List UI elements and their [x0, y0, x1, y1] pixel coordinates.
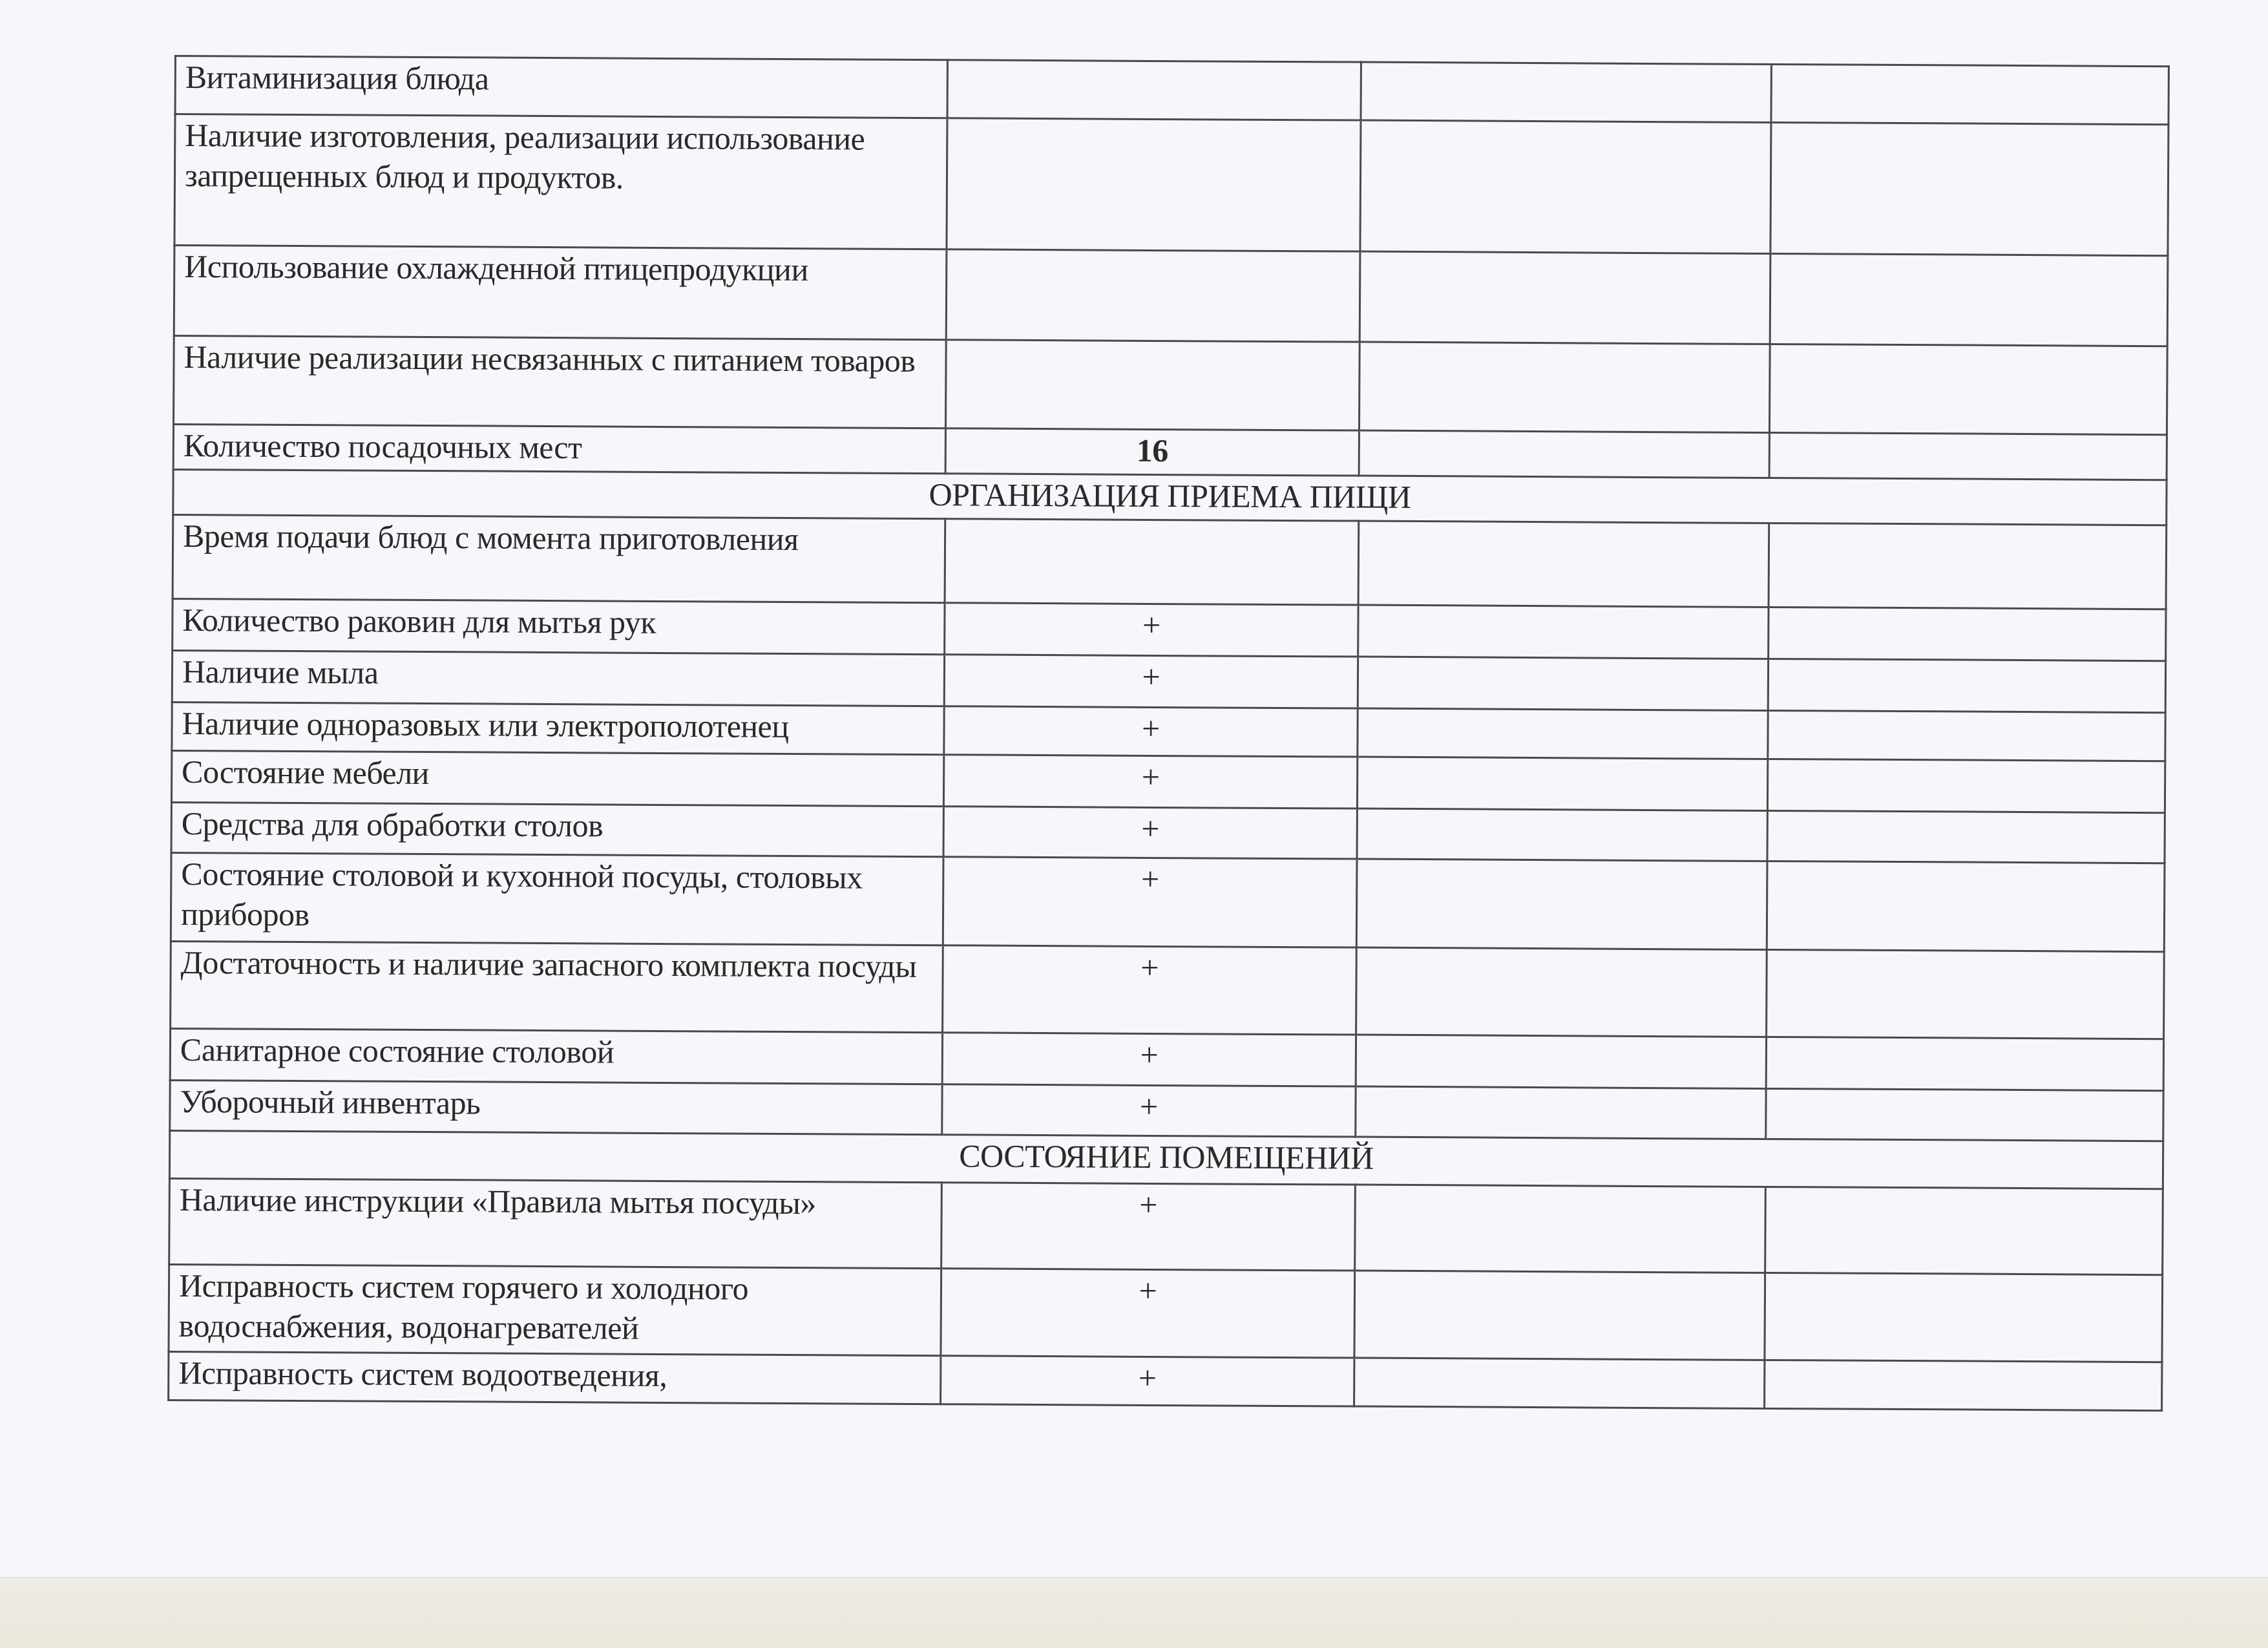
row-label: Исправность систем горячего и холодного … [169, 1264, 941, 1355]
row-label: Состояние мебели [171, 750, 943, 806]
table-row: Достаточность и наличие запасного компле… [171, 941, 2165, 1039]
row-label: Состояние столовой и кухонной посуды, ст… [171, 852, 943, 945]
row-label: Витаминизация блюда [175, 56, 947, 118]
row-col4 [1769, 607, 2166, 660]
inspection-checklist-table: Витаминизация блюда Наличие изготовления… [167, 55, 2170, 1411]
row-col4 [1767, 810, 2165, 863]
row-col4 [1769, 523, 2167, 609]
row-col3 [1354, 1271, 1765, 1360]
row-col3 [1357, 808, 1767, 861]
row-value [947, 60, 1361, 120]
check-mark: + [945, 603, 1358, 657]
row-label: Количество посадочных мест [173, 425, 945, 474]
row-col4 [1769, 344, 2167, 434]
row-col3 [1356, 1086, 1766, 1139]
row-label: Санитарное состояние столовой [170, 1028, 942, 1084]
table-row: Время подачи блюд с момента приготовлени… [173, 514, 2167, 609]
row-col4 [1767, 861, 2165, 951]
check-mark: + [943, 945, 1357, 1035]
row-col4 [1770, 122, 2168, 255]
row-value [946, 249, 1360, 342]
row-col4 [1766, 1088, 2163, 1141]
row-col4 [1771, 64, 2168, 124]
row-value [947, 118, 1361, 251]
row-col3 [1358, 657, 1768, 710]
row-value [945, 519, 1359, 605]
row-col4 [1768, 659, 2165, 712]
scanner-bed-edge [0, 1577, 2268, 1648]
row-col3 [1356, 859, 1767, 949]
row-col4 [1769, 432, 2167, 480]
row-col3 [1357, 757, 1767, 810]
table-row: Наличие изготовления, реализации использ… [174, 114, 2168, 256]
table-row: Наличие инструкции «Правила мытья посуды… [169, 1178, 2163, 1274]
check-mark: + [941, 1356, 1354, 1406]
row-col3 [1360, 251, 1770, 344]
check-mark: + [943, 857, 1357, 947]
row-label: Наличие реализации несвязанных с питание… [174, 336, 947, 428]
row-label: Уборочный инвентарь [170, 1080, 942, 1134]
table-row: Исправность систем горячего и холодного … [169, 1264, 2163, 1362]
row-col4 [1767, 949, 2165, 1039]
check-mark: + [941, 1269, 1355, 1358]
row-col3 [1358, 708, 1768, 759]
row-col3 [1356, 1035, 1766, 1088]
check-mark: + [942, 1033, 1356, 1086]
row-col4 [1768, 710, 2165, 761]
row-col3 [1361, 62, 1771, 122]
table-row: Исправность систем водоотведения, + [169, 1351, 2162, 1410]
row-col4 [1765, 1360, 2162, 1410]
table-row: Состояние столовой и кухонной посуды, ст… [171, 852, 2165, 951]
table-row: Наличие реализации несвязанных с питание… [174, 336, 2168, 435]
row-col3 [1358, 521, 1769, 607]
row-col3 [1356, 947, 1767, 1037]
row-label: Наличие одноразовых или электрополотенец [172, 702, 944, 754]
table-row: Витаминизация блюда [175, 56, 2168, 125]
row-col3 [1355, 1185, 1766, 1273]
row-col3 [1359, 342, 1770, 432]
check-mark: + [942, 1084, 1356, 1137]
row-col3 [1358, 605, 1769, 659]
row-label: Наличие изготовления, реализации использ… [174, 114, 947, 249]
check-mark: + [943, 807, 1357, 859]
table-row: Использование охлажденной птицепродукции [174, 246, 2168, 346]
check-mark: + [943, 755, 1357, 808]
row-col4 [1767, 759, 2165, 812]
seat-count-value: 16 [945, 428, 1359, 476]
check-mark: + [944, 655, 1358, 708]
check-mark: + [944, 706, 1358, 757]
row-value [945, 340, 1360, 430]
row-label: Исправность систем водоотведения, [169, 1351, 941, 1404]
check-mark: + [941, 1183, 1356, 1271]
row-col4 [1766, 1037, 2163, 1090]
row-label: Достаточность и наличие запасного компле… [171, 941, 943, 1032]
row-label: Наличие мыла [172, 650, 944, 706]
row-label: Использование охлажденной птицепродукции [174, 246, 947, 340]
row-col4 [1765, 1187, 2163, 1274]
row-col3 [1354, 1358, 1765, 1408]
row-label: Время подачи блюд с момента приготовлени… [173, 514, 945, 602]
row-label: Наличие инструкции «Правила мытья посуды… [169, 1178, 942, 1268]
row-col4 [1765, 1273, 2163, 1362]
row-label: Количество раковин для мытья рук [173, 598, 945, 654]
row-col3 [1359, 430, 1769, 478]
row-label: Средства для обработки столов [171, 802, 943, 856]
row-col3 [1360, 120, 1771, 253]
row-col4 [1770, 253, 2168, 346]
